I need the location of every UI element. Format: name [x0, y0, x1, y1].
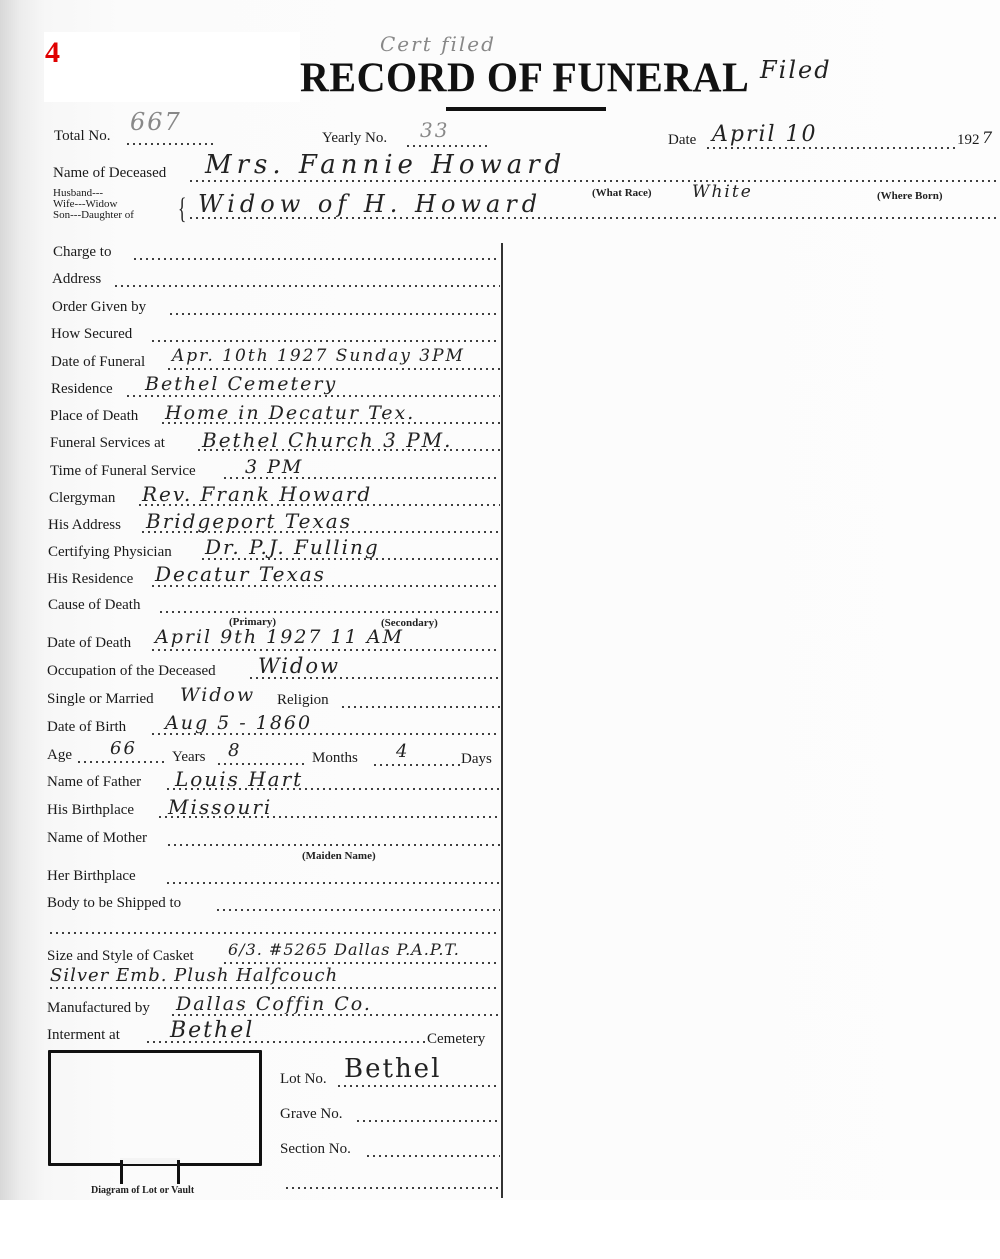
casket-line2-value[interactable]: Silver Emb. Plush Halfcouch [50, 965, 338, 986]
place-of-death-label: Place of Death [50, 408, 138, 425]
order-given-by-label: Order Given by [52, 299, 146, 316]
casket-value[interactable]: 6/3. #5265 Dallas P.A.P.T. [228, 940, 460, 959]
age-days-value[interactable]: 4 [396, 741, 409, 762]
order-given-by-field[interactable] [168, 313, 500, 315]
name-of-father-value[interactable]: Louis Hart [175, 767, 303, 791]
charge-to-label: Charge to [53, 244, 111, 261]
date-of-death-value[interactable]: April 9th 1927 11 AM [155, 626, 404, 648]
place-of-death-value[interactable]: Home in Decatur Tex. [165, 402, 415, 424]
lot-extra-line[interactable] [284, 1187, 500, 1189]
casket-dots [222, 962, 500, 964]
date-year-prefix: 192 [957, 132, 980, 149]
age-years-dots [76, 761, 168, 763]
time-of-service-label: Time of Funeral Service [50, 463, 196, 480]
blank-line[interactable] [48, 932, 500, 934]
his-birthplace-value[interactable]: Missouri [168, 795, 272, 819]
time-of-service-value[interactable]: 3 PM [245, 456, 303, 478]
occupation-label: Occupation of the Deceased [47, 663, 216, 680]
certifying-physician-label: Certifying Physician [48, 544, 172, 561]
relation-label: Husband--- Wife---Widow Son---Daughter o… [53, 188, 134, 221]
name-of-deceased-label: Name of Deceased [53, 165, 166, 182]
date-of-funeral-label: Date of Funeral [51, 354, 145, 371]
how-secured-field[interactable] [150, 340, 500, 342]
how-secured-label: How Secured [51, 326, 132, 343]
her-birthplace-label: Her Birthplace [47, 868, 136, 885]
section-no-label: Section No. [280, 1141, 351, 1158]
lot-no-dots [336, 1085, 500, 1087]
age-months-dots [216, 763, 306, 765]
address-field[interactable] [113, 285, 500, 287]
funeral-services-at-label: Funeral Services at [50, 435, 165, 452]
page-number-label [44, 32, 300, 102]
lot-diagram [48, 1050, 262, 1166]
title-underline [446, 107, 606, 111]
date-year-suffix[interactable]: 7 [982, 128, 994, 147]
single-or-married-value[interactable]: Widow [180, 684, 255, 706]
his-address-label: His Address [48, 517, 121, 534]
name-of-mother-label: Name of Mother [47, 830, 147, 847]
column-divider [501, 243, 503, 1198]
race-value[interactable]: White [692, 182, 753, 202]
age-days-dots [372, 764, 460, 766]
age-years-label: Years [172, 749, 205, 766]
date-of-death-label: Date of Death [47, 635, 131, 652]
grave-no-field[interactable] [355, 1120, 500, 1122]
name-of-deceased-value[interactable]: Mrs. Fannie Howard [205, 150, 566, 180]
interment-at-value[interactable]: Bethel [170, 1018, 254, 1043]
interment-at-label: Interment at [47, 1027, 120, 1044]
name-of-mother-field[interactable] [166, 844, 500, 846]
yearly-no-value[interactable]: 33 [420, 118, 449, 142]
age-label: Age [47, 747, 72, 764]
her-birthplace-field[interactable] [165, 882, 500, 884]
date-of-death-dots [150, 649, 500, 651]
date-label: Date [668, 132, 696, 149]
manufactured-by-value[interactable]: Dallas Coffin Co. [176, 993, 372, 1015]
certifying-physician-value[interactable]: Dr. P.J. Fulling [205, 535, 380, 559]
lot-no-value[interactable]: Bethel [344, 1054, 441, 1084]
name-dots [188, 180, 998, 182]
lot-diagram-caption: Diagram of Lot or Vault [91, 1185, 194, 1196]
date-of-birth-label: Date of Birth [47, 719, 126, 736]
total-no-dots [125, 143, 213, 145]
his-residence-label: His Residence [47, 571, 133, 588]
date-value[interactable]: April 10 [712, 122, 818, 147]
his-birthplace-label: His Birthplace [47, 802, 134, 819]
occupation-value[interactable]: Widow [258, 654, 340, 678]
casket-label: Size and Style of Casket [47, 948, 194, 965]
single-or-married-label: Single or Married [47, 691, 154, 708]
lot-diagram-leg-left [120, 1160, 123, 1184]
age-days-label: Days [461, 751, 492, 768]
cause-of-death-field[interactable] [158, 611, 500, 613]
what-race-label: (What Race) [592, 187, 652, 199]
yearly-no-dots [405, 145, 490, 147]
page-title: RECORD OF FUNERAL [300, 53, 749, 102]
relation-brace: { [178, 192, 187, 226]
funeral-services-at-value[interactable]: Bethel Church 3 PM. [202, 428, 452, 452]
manufactured-by-label: Manufactured by [47, 1000, 150, 1017]
religion-label: Religion [277, 692, 329, 709]
charge-to-field[interactable] [132, 258, 500, 260]
age-months-value[interactable]: 8 [228, 740, 241, 761]
his-residence-value[interactable]: Decatur Texas [155, 562, 326, 586]
body-shipped-to-field[interactable] [215, 909, 500, 911]
residence-label: Residence [51, 381, 113, 398]
page-number: 4 [45, 36, 60, 70]
date-of-birth-value[interactable]: Aug 5 - 1860 [165, 712, 312, 734]
age-months-label: Months [312, 750, 358, 767]
age-years-value[interactable]: 66 [110, 738, 137, 759]
lot-diagram-leg-right [177, 1160, 180, 1184]
yearly-no-label: Yearly No. [322, 130, 387, 147]
page-margin [0, 1200, 1000, 1259]
residence-dots [125, 395, 500, 397]
clergyman-label: Clergyman [49, 490, 115, 507]
date-dots [705, 147, 955, 149]
where-born-label: (Where Born) [877, 190, 942, 202]
grave-no-label: Grave No. [280, 1106, 342, 1123]
address-label: Address [52, 271, 101, 288]
date-of-funeral-dots [166, 368, 500, 370]
name-of-father-label: Name of Father [47, 774, 141, 791]
filed-note: Filed [760, 56, 832, 84]
date-of-funeral-value[interactable]: Apr. 10th 1927 Sunday 3PM [172, 346, 465, 366]
maiden-name-label: (Maiden Name) [302, 850, 376, 862]
section-no-field[interactable] [365, 1155, 500, 1157]
body-shipped-to-label: Body to be Shipped to [47, 895, 181, 912]
relation-value[interactable]: Widow of H. Howard [198, 190, 542, 218]
total-no-value[interactable]: 667 [130, 108, 182, 136]
casket-line2-dots [48, 987, 500, 989]
his-address-value[interactable]: Bridgeport Texas [146, 509, 352, 533]
cause-of-death-label: Cause of Death [48, 597, 140, 614]
residence-value[interactable]: Bethel Cemetery [145, 373, 337, 395]
lot-diagram-opening [120, 1158, 180, 1164]
religion-field[interactable] [340, 706, 500, 708]
total-no-label: Total No. [54, 128, 110, 145]
lot-no-label: Lot No. [280, 1071, 327, 1088]
clergyman-value[interactable]: Rev. Frank Howard [142, 482, 372, 506]
cemetery-label: Cemetery [427, 1031, 485, 1048]
